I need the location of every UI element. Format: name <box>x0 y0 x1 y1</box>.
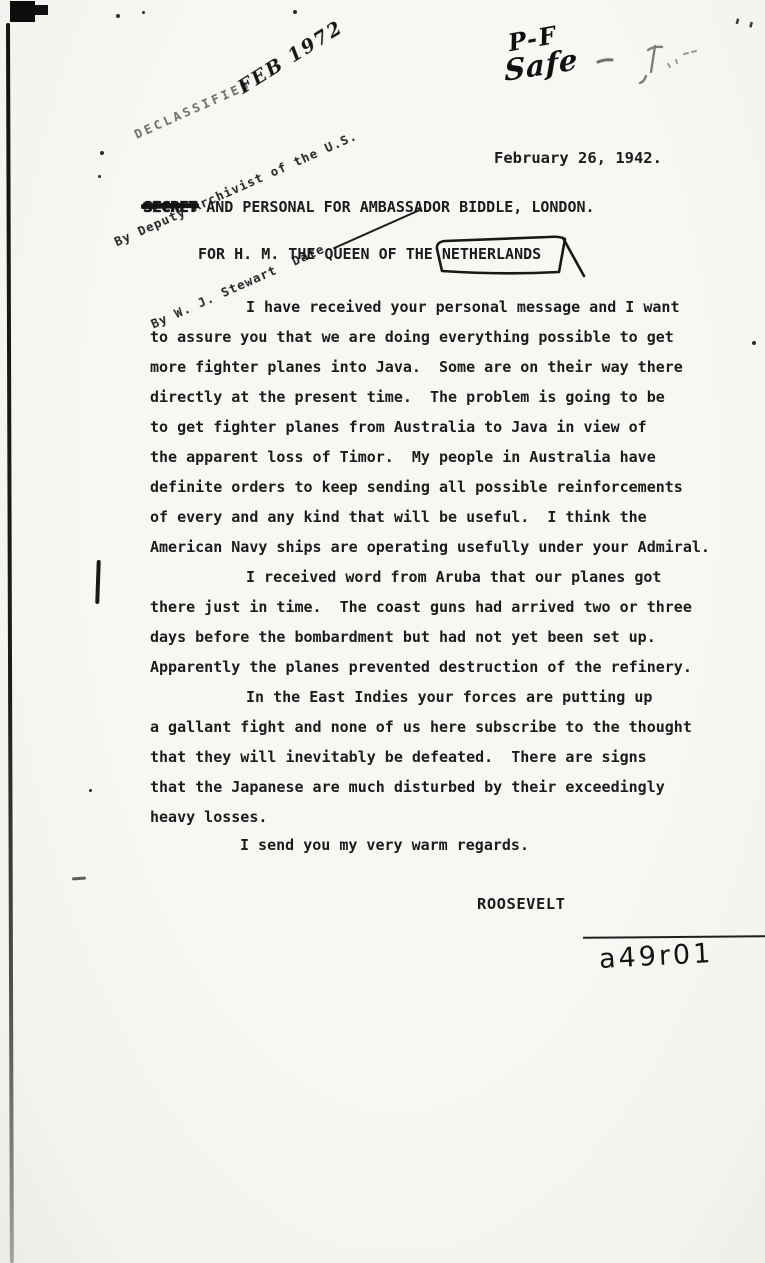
scan-speck <box>116 14 120 18</box>
scan-speck <box>89 789 92 792</box>
body-line: days before the bombardment but had not … <box>150 622 710 652</box>
signature: ROOSEVELT <box>477 895 566 913</box>
address-line: SECRET AND PERSONAL FOR AMBASSADOR BIDDL… <box>143 198 595 216</box>
body-line: of every and any kind that will be usefu… <box>150 502 710 532</box>
scan-speck <box>752 341 756 345</box>
struck-classification-word: SECRET <box>143 198 197 216</box>
scan-speck <box>142 11 145 14</box>
date-line: February 26, 1942. <box>494 149 662 167</box>
body-line: that the Japanese are much disturbed by … <box>150 772 710 802</box>
body-line: definite orders to keep sending all poss… <box>150 472 710 502</box>
body-line: more fighter planes into Java. Some are … <box>150 352 710 382</box>
body-line: directly at the present time. The proble… <box>150 382 710 412</box>
scan-dash-mark <box>72 877 86 881</box>
handwritten-doc-number: a49r01 <box>598 938 714 975</box>
body-line: heavy losses. <box>150 802 710 832</box>
salutation-prefix: FOR H. M. THE QUEEN OF THE <box>198 245 442 263</box>
pencil-scribble-marks <box>596 30 716 94</box>
body-line: I received word from Aruba that our plan… <box>150 562 710 592</box>
salutation-line: FOR H. M. THE QUEEN OF THE NETHERLANDS <box>198 245 541 263</box>
salutation-boxed-word: NETHERLANDS <box>442 245 541 263</box>
bottom-rule <box>583 935 765 939</box>
address-line-text: AND PERSONAL FOR AMBASSADOR BIDDLE, LOND… <box>197 198 594 216</box>
body-line: to assure you that we are doing everythi… <box>150 322 710 352</box>
letter-body: I have received your personal message an… <box>150 292 710 832</box>
body-line: In the East Indies your forces are putti… <box>150 682 710 712</box>
body-line: to get fighter planes from Australia to … <box>150 412 710 442</box>
boxed-word-text: NETHERLANDS <box>442 245 541 263</box>
pen-tick-mark <box>95 560 101 604</box>
body-line: the apparent loss of Timor. My people in… <box>150 442 710 472</box>
stamp-gap <box>278 266 294 273</box>
body-line: I have received your personal message an… <box>150 292 710 322</box>
body-line: that they will inevitably be defeated. T… <box>150 742 710 772</box>
scan-corner-mark <box>10 1 35 22</box>
body-line: Apparently the planes prevented destruct… <box>150 652 710 682</box>
pencil-tick-marks: '' <box>728 13 761 43</box>
body-line: American Navy ships are operating useful… <box>150 532 710 562</box>
closing-line: I send you my very warm regards. <box>240 836 529 854</box>
document-page: DECLASSIFIED By Deputy Archivist of the … <box>0 0 765 1263</box>
scan-corner-mark-extension <box>33 5 48 15</box>
scan-edge-line <box>6 23 14 1263</box>
body-line: a gallant fight and none of us here subs… <box>150 712 710 742</box>
body-line: there just in time. The coast guns had a… <box>150 592 710 622</box>
